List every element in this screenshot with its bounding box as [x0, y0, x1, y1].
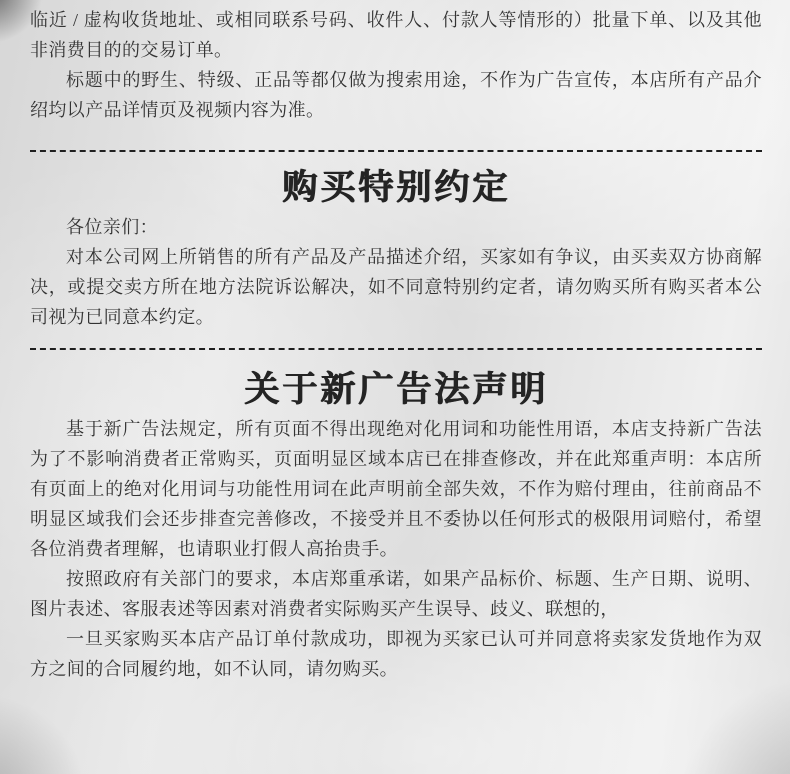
ad-law-paragraph-2: 按照政府有关部门的要求，本店郑重承诺，如果产品标价、标题、生产日期、说明、图片表…: [30, 564, 762, 624]
section-divider-dashed: [30, 348, 762, 350]
document-content: 临近 / 虚构收货地址、或相同联系号码、收件人、付款人等情形的）批量下单、以及其…: [0, 0, 790, 684]
ad-law-paragraph-1: 基于新广告法规定，所有页面不得出现绝对化用词和功能性用语，本店支持新广告法为了不…: [30, 414, 762, 564]
ad-law-paragraph-3: 一旦买家购买本店产品订单付款成功，即视为买家已认可并同意将卖家发货地作为双方之间…: [30, 624, 762, 684]
policy-document-page: 临近 / 虚构收货地址、或相同联系号码、收件人、付款人等情形的）批量下单、以及其…: [0, 0, 790, 774]
special-agreement-body: 对本公司网上所销售的所有产品及产品描述介绍，买家如有争议，由买卖双方协商解决，或…: [30, 242, 762, 332]
intro-paragraph-continuation: 临近 / 虚构收货地址、或相同联系号码、收件人、付款人等情形的）批量下单、以及其…: [30, 5, 762, 65]
special-agreement-salutation: 各位亲们：: [30, 212, 762, 242]
section-divider-dashed: [30, 150, 762, 152]
special-agreement-title: 购买特别约定: [30, 164, 762, 212]
ad-law-title: 关于新广告法声明: [30, 366, 762, 414]
intro-paragraph-disclaimer: 标题中的野生、特级、正品等都仅做为搜索用途，不作为广告宣传，本店所有产品介绍均以…: [30, 65, 762, 125]
